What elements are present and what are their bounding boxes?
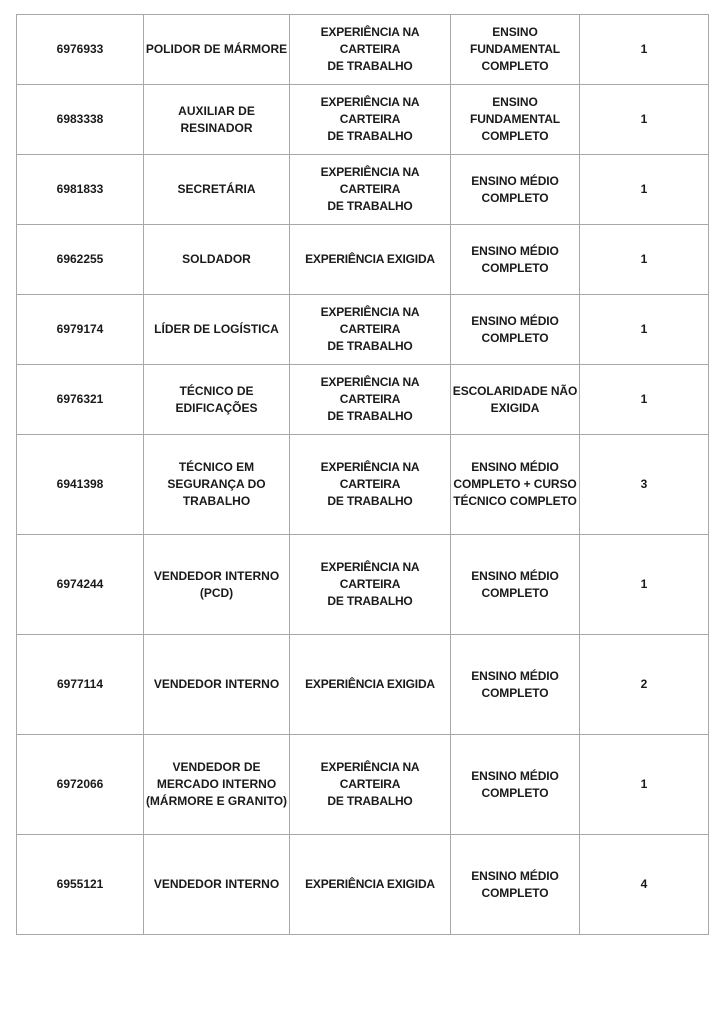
vacancies-count-cell: 2 [580,635,709,735]
job-code-cell: 6981833 [17,155,144,225]
table-row: 6962255 SOLDADOR EXPERIÊNCIA EXIGIDA ENS… [17,225,709,295]
job-role-cell: SOLDADOR [144,225,290,295]
experience-requirement-cell: EXPERIÊNCIA NA CARTEIRA DE TRABALHO [290,535,451,635]
table-row: 6941398 TÉCNICO EM SEGURANÇA DO TRABALHO… [17,435,709,535]
education-requirement-cell: ENSINO MÉDIO COMPLETO [451,535,580,635]
job-role-cell: POLIDOR DE MÁRMORE [144,15,290,85]
vacancies-count-cell: 1 [580,735,709,835]
vacancies-count-cell: 1 [580,535,709,635]
job-role-cell: SECRETÁRIA [144,155,290,225]
education-requirement-cell: ENSINO FUNDAMENTAL COMPLETO [451,85,580,155]
table-row: 6979174 LÍDER DE LOGÍSTICA EXPERIÊNCIA N… [17,295,709,365]
job-role-cell: VENDEDOR INTERNO [144,835,290,935]
experience-requirement-cell: EXPERIÊNCIA NA CARTEIRA DE TRABALHO [290,365,451,435]
education-requirement-cell: ESCOLARIDADE NÃO EXIGIDA [451,365,580,435]
job-code-cell: 6983338 [17,85,144,155]
job-vacancies-table: 6976933 POLIDOR DE MÁRMORE EXPERIÊNCIA N… [16,14,709,935]
experience-requirement-cell: EXPERIÊNCIA EXIGIDA [290,635,451,735]
experience-requirement-cell: EXPERIÊNCIA NA CARTEIRA DE TRABALHO [290,735,451,835]
table-row: 6976321 TÉCNICO DE EDIFICAÇÕES EXPERIÊNC… [17,365,709,435]
experience-requirement-cell: EXPERIÊNCIA NA CARTEIRA DE TRABALHO [290,295,451,365]
job-role-cell: LÍDER DE LOGÍSTICA [144,295,290,365]
table-row: 6972066 VENDEDOR DE MERCADO INTERNO (MÁR… [17,735,709,835]
job-code-cell: 6955121 [17,835,144,935]
experience-requirement-cell: EXPERIÊNCIA NA CARTEIRA DE TRABALHO [290,155,451,225]
job-role-cell: VENDEDOR DE MERCADO INTERNO (MÁRMORE E G… [144,735,290,835]
vacancies-count-cell: 4 [580,835,709,935]
experience-requirement-cell: EXPERIÊNCIA NA CARTEIRA DE TRABALHO [290,15,451,85]
vacancies-count-cell: 1 [580,225,709,295]
job-code-cell: 6974244 [17,535,144,635]
table-row: 6974244 VENDEDOR INTERNO (PCD) EXPERIÊNC… [17,535,709,635]
job-role-cell: TÉCNICO DE EDIFICAÇÕES [144,365,290,435]
job-role-cell: AUXILIAR DE RESINADOR [144,85,290,155]
job-code-cell: 6972066 [17,735,144,835]
education-requirement-cell: ENSINO MÉDIO COMPLETO [451,295,580,365]
job-vacancies-table-body: 6976933 POLIDOR DE MÁRMORE EXPERIÊNCIA N… [17,15,709,935]
job-code-cell: 6976321 [17,365,144,435]
job-code-cell: 6976933 [17,15,144,85]
education-requirement-cell: ENSINO MÉDIO COMPLETO [451,735,580,835]
job-role-cell: VENDEDOR INTERNO (PCD) [144,535,290,635]
vacancies-count-cell: 1 [580,295,709,365]
vacancies-count-cell: 3 [580,435,709,535]
table-row: 6977114 VENDEDOR INTERNO EXPERIÊNCIA EXI… [17,635,709,735]
table-row: 6981833 SECRETÁRIA EXPERIÊNCIA NA CARTEI… [17,155,709,225]
education-requirement-cell: ENSINO MÉDIO COMPLETO [451,835,580,935]
job-code-cell: 6979174 [17,295,144,365]
experience-requirement-cell: EXPERIÊNCIA NA CARTEIRA DE TRABALHO [290,85,451,155]
table-row: 6955121 VENDEDOR INTERNO EXPERIÊNCIA EXI… [17,835,709,935]
table-row: 6983338 AUXILIAR DE RESINADOR EXPERIÊNCI… [17,85,709,155]
vacancies-count-cell: 1 [580,15,709,85]
vacancies-count-cell: 1 [580,85,709,155]
experience-requirement-cell: EXPERIÊNCIA EXIGIDA [290,225,451,295]
job-code-cell: 6962255 [17,225,144,295]
education-requirement-cell: ENSINO MÉDIO COMPLETO [451,225,580,295]
education-requirement-cell: ENSINO FUNDAMENTAL COMPLETO [451,15,580,85]
job-role-cell: TÉCNICO EM SEGURANÇA DO TRABALHO [144,435,290,535]
job-code-cell: 6977114 [17,635,144,735]
job-code-cell: 6941398 [17,435,144,535]
education-requirement-cell: ENSINO MÉDIO COMPLETO [451,635,580,735]
table-row: 6976933 POLIDOR DE MÁRMORE EXPERIÊNCIA N… [17,15,709,85]
experience-requirement-cell: EXPERIÊNCIA NA CARTEIRA DE TRABALHO [290,435,451,535]
experience-requirement-cell: EXPERIÊNCIA EXIGIDA [290,835,451,935]
vacancies-count-cell: 1 [580,155,709,225]
job-role-cell: VENDEDOR INTERNO [144,635,290,735]
education-requirement-cell: ENSINO MÉDIO COMPLETO [451,155,580,225]
vacancies-count-cell: 1 [580,365,709,435]
education-requirement-cell: ENSINO MÉDIO COMPLETO + CURSO TÉCNICO CO… [451,435,580,535]
